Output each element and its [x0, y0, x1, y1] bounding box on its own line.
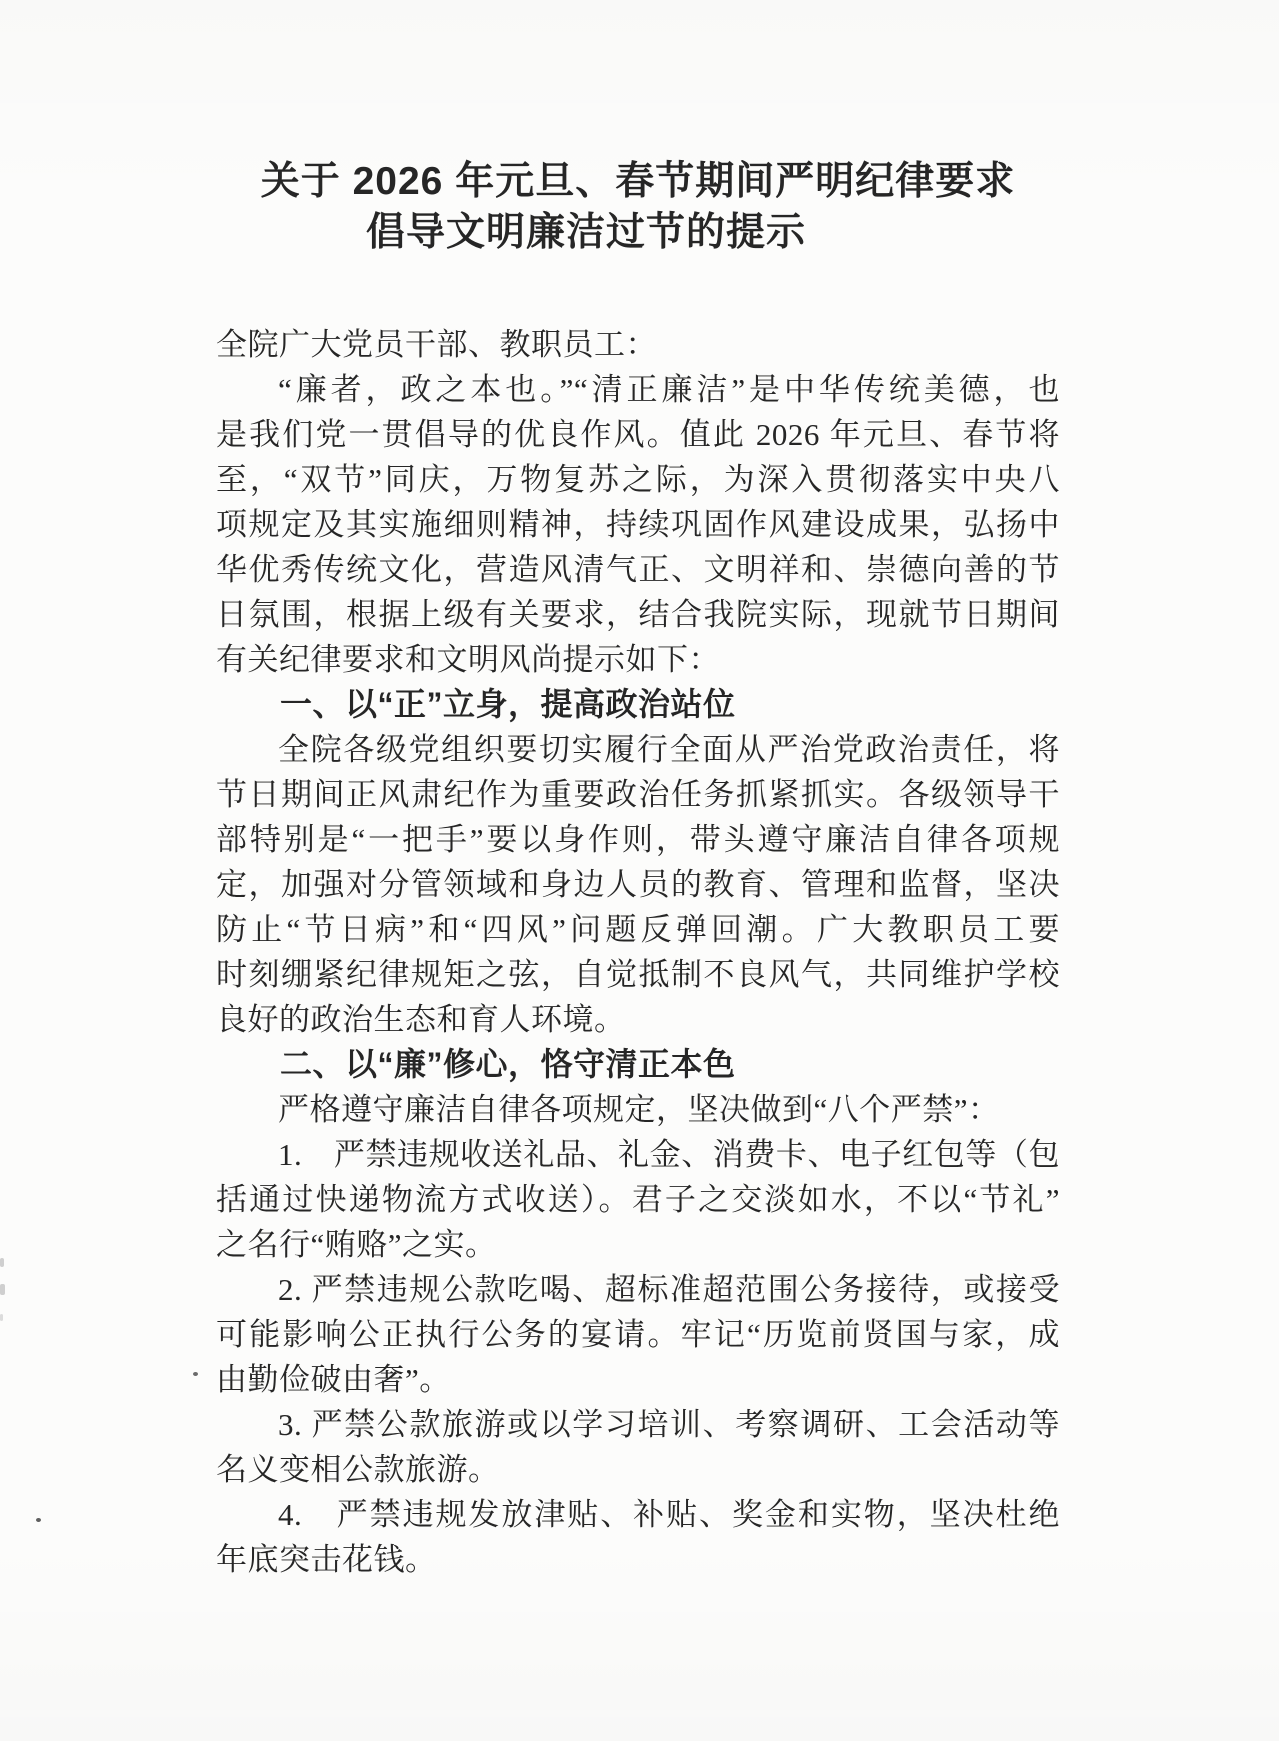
text-line: 防止“节日病”和“四风”问题反弹回潮。广大教职员工要	[216, 907, 1060, 952]
scan-speck	[36, 1518, 41, 1522]
document-body: 全院广大党员干部、教职员工：“廉者，政之本也。”“清正廉洁”是中华传统美德，也是…	[216, 322, 1060, 1582]
text-line: 由勤俭破由奢”。	[216, 1357, 1060, 1402]
scan-edge-artifact	[0, 1258, 4, 1267]
text-line: 时刻绷紧纪律规矩之弦，自觉抵制不良风气，共同维护学校	[216, 952, 1060, 997]
text-line: 括通过快递物流方式收送）。君子之交淡如水，不以“节礼”	[216, 1177, 1060, 1222]
text-line: 年底突击花钱。	[216, 1537, 1060, 1582]
text-line: 可能影响公正执行公务的宴请。牢记“历览前贤国与家，成	[216, 1312, 1060, 1357]
text-line: 全院各级党组织要切实履行全面从严治党政治责任，将	[216, 727, 1060, 772]
text-line: 之名行“贿赂”之实。	[216, 1222, 1060, 1267]
text-line: 至，“双节”同庆，万物复苏之际，为深入贯彻落实中央八	[216, 457, 1060, 502]
text-line: 定，加强对分管领域和身边人员的教育、管理和监督，坚决	[216, 862, 1060, 907]
text-line: 1. 严禁违规收送礼品、礼金、消费卡、电子红包等（包	[216, 1132, 1060, 1177]
text-line: 部特别是“一把手”要以身作则，带头遵守廉洁自律各项规	[216, 817, 1060, 862]
text-line: 日氛围，根据上级有关要求，结合我院实际，现就节日期间	[216, 592, 1060, 637]
text-line: 2. 严禁违规公款吃喝、超标准超范围公务接待，或接受	[216, 1267, 1060, 1312]
text-line: 良好的政治生态和育人环境。	[216, 997, 1060, 1042]
title-line-1: 关于 2026 年元旦、春节期间严明纪律要求	[216, 156, 1060, 207]
scan-edge-artifact	[0, 1284, 5, 1295]
text-line: 是我们党一贯倡导的优良作风。值此 2026 年元旦、春节将	[216, 412, 1060, 457]
section-heading: 二、以“廉”修心，恪守清正本色	[216, 1042, 1060, 1087]
text-line: 4. 严禁违规发放津贴、补贴、奖金和实物，坚决杜绝	[216, 1492, 1060, 1537]
text-line: 项规定及其实施细则精神，持续巩固作风建设成果，弘扬中	[216, 502, 1060, 547]
document-title: 关于 2026 年元旦、春节期间严明纪律要求 倡导文明廉洁过节的提示	[216, 156, 1060, 258]
section-heading: 一、以“正”立身，提高政治站位	[216, 682, 1060, 727]
text-line: 节日期间正风肃纪作为重要政治任务抓紧抓实。各级领导干	[216, 772, 1060, 817]
text-line: 全院广大党员干部、教职员工：	[216, 322, 1060, 367]
text-line: 严格遵守廉洁自律各项规定，坚决做到“八个严禁”：	[216, 1087, 1060, 1132]
text-line: 有关纪律要求和文明风尚提示如下：	[216, 637, 1060, 682]
scan-speck	[193, 1372, 198, 1376]
text-line: 华优秀传统文化，营造风清气正、文明祥和、崇德向善的节	[216, 547, 1060, 592]
text-line: 3. 严禁公款旅游或以学习培训、考察调研、工会活动等	[216, 1402, 1060, 1447]
text-line: “廉者，政之本也。”“清正廉洁”是中华传统美德，也	[216, 367, 1060, 412]
text-line: 名义变相公款旅游。	[216, 1447, 1060, 1492]
scan-edge-artifact	[0, 1314, 3, 1321]
title-line-2: 倡导文明廉洁过节的提示	[164, 207, 1008, 258]
scanned-document-page: 关于 2026 年元旦、春节期间严明纪律要求 倡导文明廉洁过节的提示 全院广大党…	[0, 0, 1279, 1741]
